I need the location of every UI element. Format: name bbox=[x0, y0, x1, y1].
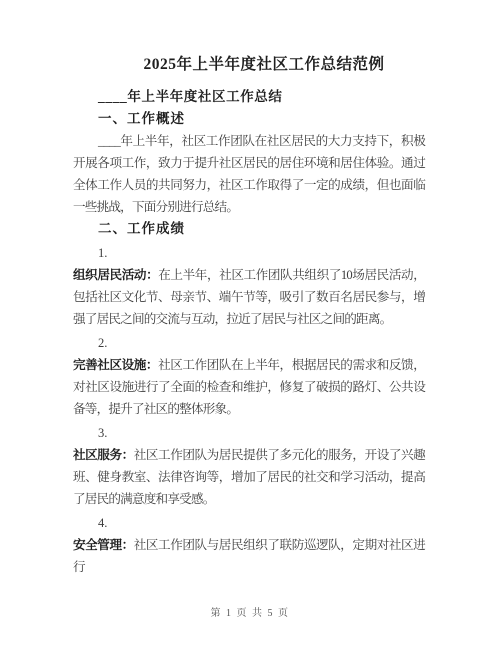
achievement-paragraph-4: 安全管理：社区工作团队与居民组织了联防巡逻队，定期对社区进行 bbox=[73, 534, 425, 578]
achievement-label-2: 完善社区设施： bbox=[73, 358, 158, 372]
achievement-paragraph-2: 完善社区设施：社区工作团队在上半年，根据居民的需求和反馈，对社区设施进行了全面的… bbox=[73, 354, 425, 420]
achievement-label-4: 安全管理： bbox=[73, 538, 134, 552]
list-number-1: 1. bbox=[98, 242, 425, 264]
doc-subtitle: ____年上半年度社区工作总结 bbox=[98, 86, 425, 108]
list-number-4: 4. bbox=[98, 512, 425, 534]
section-heading-overview: 一、工作概述 bbox=[98, 108, 425, 130]
achievement-paragraph-3: 社区服务：社区工作团队为居民提供了多元化的服务，开设了兴趣班、健身教室、法律咨询… bbox=[73, 444, 425, 510]
achievement-label-1: 组织居民活动： bbox=[73, 268, 158, 282]
document-page: 2025年上半年度社区工作总结范例 ____年上半年度社区工作总结 一、工作概述… bbox=[0, 0, 500, 647]
doc-title: 2025年上半年度社区工作总结范例 bbox=[73, 52, 425, 78]
section-heading-achievements: 二、工作成绩 bbox=[98, 218, 425, 240]
list-number-3: 3. bbox=[98, 422, 425, 444]
achievement-label-3: 社区服务： bbox=[73, 448, 134, 462]
overview-paragraph: ____年上半年，社区工作团队在社区居民的大力支持下，积极开展各项工作，致力于提… bbox=[73, 130, 425, 218]
list-number-2: 2. bbox=[98, 332, 425, 354]
page-number-indicator: 第 1 页 共 5 页 bbox=[0, 607, 500, 621]
document-content: 2025年上半年度社区工作总结范例 ____年上半年度社区工作总结 一、工作概述… bbox=[73, 52, 425, 578]
achievement-paragraph-1: 组织居民活动：在上半年，社区工作团队共组织了10场居民活动，包括社区文化节、母亲… bbox=[73, 264, 425, 330]
